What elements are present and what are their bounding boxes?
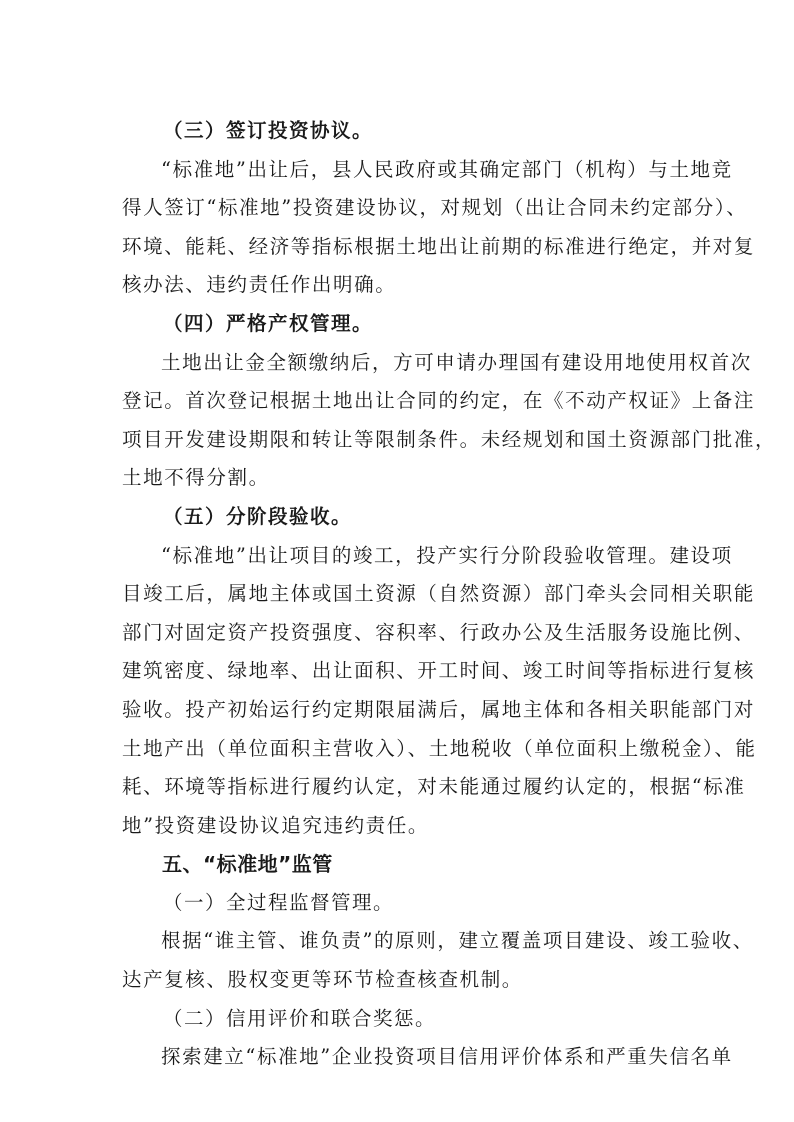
paragraph-line: 部门对固定资产投资强度、容积率、行政办公及生活服务设施比例、 xyxy=(122,614,670,653)
paragraph-line: 达产复核、股权变更等环节检查核查机制。 xyxy=(122,961,670,1000)
sub-heading-credit-evaluation: （二）信用评价和联合奖惩。 xyxy=(122,1000,670,1039)
paragraph-line: 土地不得分割。 xyxy=(122,459,670,498)
paragraph-line: 地”投资建设协议追究违约责任。 xyxy=(122,807,670,846)
sub-heading-sign-agreement: （三）签订投资协议。 xyxy=(122,112,670,151)
paragraph-line: 核办法、违约责任作出明确。 xyxy=(122,266,670,305)
paragraph-credit-evaluation: 探索建立“标准地”企业投资项目信用评价体系和严重失信名单 xyxy=(122,1038,670,1077)
paragraph-line: “标准地”出让项目的竣工，投产实行分阶段验收管理。建设项 xyxy=(122,537,670,576)
paragraph-line: 土地出让金全额缴纳后，方可申请办理国有建设用地使用权首次 xyxy=(122,344,670,383)
paragraph-line: 验收。投产初始运行约定期限届满后，属地主体和各相关职能部门对 xyxy=(122,691,670,730)
paragraph-line: 登记。首次登记根据土地出让合同的约定，在《不动产权证》上备注 xyxy=(122,382,670,421)
paragraph-line: 环境、能耗、经济等指标根据土地出让前期的标准进行绝定，并对复 xyxy=(122,228,670,267)
paragraph-property-rights: 土地出让金全额缴纳后，方可申请办理国有建设用地使用权首次 登记。首次登记根据土地… xyxy=(122,344,670,498)
document-page: （三）签订投资协议。 “标准地”出让后，县人民政府或其确定部门（机构）与土地竞 … xyxy=(122,112,670,1077)
paragraph-line: 耗、环境等指标进行履约认定，对未能通过履约认定的，根据“标准 xyxy=(122,768,670,807)
sub-heading-property-rights: （四）严格产权管理。 xyxy=(122,305,670,344)
paragraph-line: 探索建立“标准地”企业投资项目信用评价体系和严重失信名单 xyxy=(122,1038,670,1077)
paragraph-full-process-supervision: 根据“谁主管、谁负责”的原则，建立覆盖项目建设、竣工验收、 达产复核、股权变更等… xyxy=(122,922,670,999)
paragraph-line: 根据“谁主管、谁负责”的原则，建立覆盖项目建设、竣工验收、 xyxy=(122,922,670,961)
paragraph-line: 得人签订“标准地”投资建设协议，对规划（出让合同未约定部分）、 xyxy=(122,189,670,228)
paragraph-line: “标准地”出让后，县人民政府或其确定部门（机构）与土地竞 xyxy=(122,151,670,190)
paragraph-line: 土地产出（单位面积主营收入）、土地税收（单位面积上缴税金）、能 xyxy=(122,730,670,769)
section-heading-supervision: 五、“标准地”监管 xyxy=(122,845,670,884)
paragraph-line: 目竣工后，属地主体或国土资源（自然资源）部门牵头会同相关职能 xyxy=(122,575,670,614)
sub-heading-full-process-supervision: （一）全过程监督管理。 xyxy=(122,884,670,923)
paragraph-line: 项目开发建设期限和转让等限制条件。未经规划和国土资源部门批准， xyxy=(122,421,670,460)
sub-heading-phased-acceptance: （五）分阶段验收。 xyxy=(122,498,670,537)
paragraph-line: 建筑密度、绿地率、出让面积、开工时间、竣工时间等指标进行复核 xyxy=(122,652,670,691)
paragraph-phased-acceptance: “标准地”出让项目的竣工，投产实行分阶段验收管理。建设项 目竣工后，属地主体或国… xyxy=(122,537,670,846)
paragraph-sign-agreement: “标准地”出让后，县人民政府或其确定部门（机构）与土地竞 得人签订“标准地”投资… xyxy=(122,151,670,305)
